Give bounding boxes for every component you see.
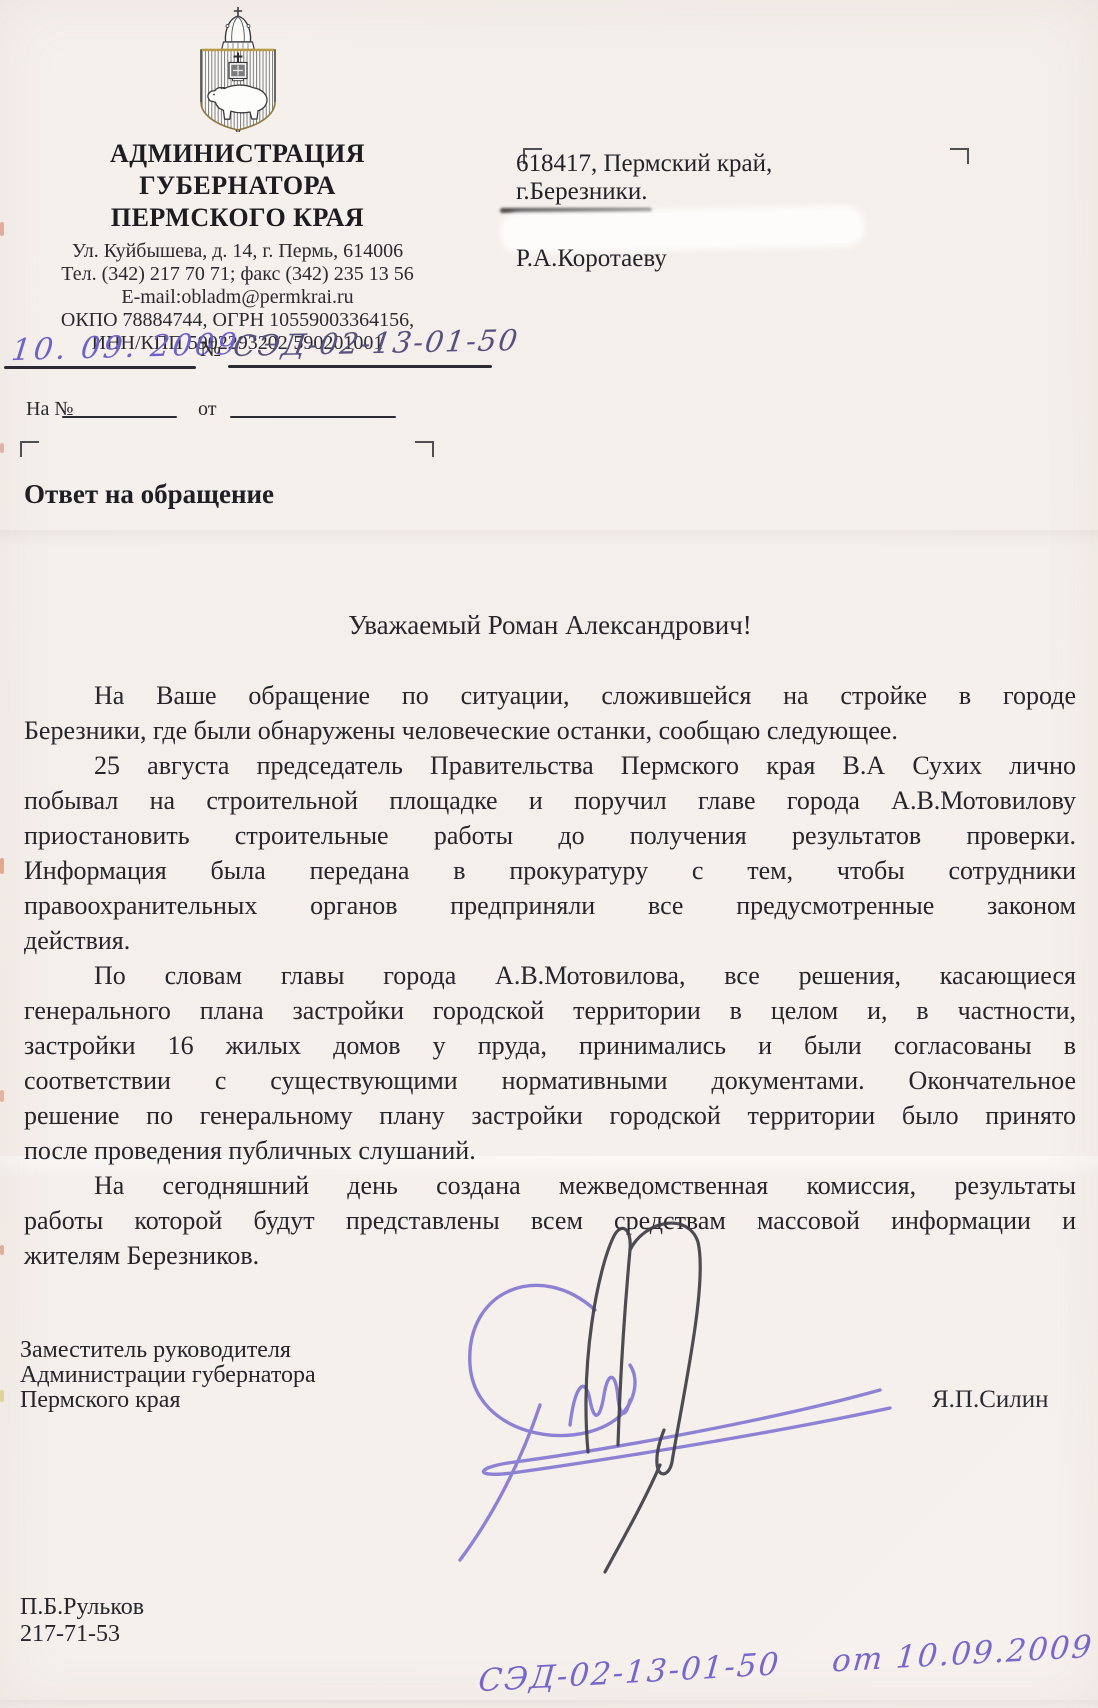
scan-artifact [0, 222, 4, 236]
in-reply-date-blank [230, 416, 396, 418]
body-line: соответствии с существующими нормативным… [24, 1063, 1076, 1098]
body-line: застройки 16 жилых домов у пруда, приним… [24, 1028, 1076, 1063]
in-reply-from-label: от [198, 398, 216, 421]
redaction-smudge [500, 208, 652, 213]
executor-phone: 217-71-53 [20, 1621, 144, 1648]
corner-mark-body-left [20, 441, 39, 457]
scan-artifact [0, 1090, 4, 1102]
org-phone-fax: Тел. (342) 217 70 71; факс (342) 235 13 … [10, 263, 465, 286]
date-underline [4, 366, 196, 369]
in-reply-number-blank [62, 416, 177, 418]
scanned-letter-page: АДМИНИСТРАЦИЯ ГУБЕРНАТОРА ПЕРМСКОГО КРАЯ… [0, 0, 1098, 1708]
registration-date: от 10.09.2009 [831, 1629, 1095, 1680]
body-line: побывал на строительной площадке и поруч… [24, 783, 1076, 818]
recipient-address-line2: г.Березники. [516, 178, 976, 206]
corner-mark-body-right [415, 441, 434, 457]
paper-crease [0, 530, 1098, 546]
recipient-address-line1: 618417, Пермский край, [516, 150, 976, 178]
paper-edge-shadow [0, 1700, 1098, 1708]
body-line: решение по генеральному плану застройки … [24, 1098, 1076, 1133]
scan-artifact [0, 1390, 4, 1402]
whiteout-redaction [505, 209, 861, 249]
letterhead-block: АДМИНИСТРАЦИЯ ГУБЕРНАТОРА ПЕРМСКОГО КРАЯ… [10, 138, 465, 355]
registration-number: СЭД-02-13-01-50 [477, 1646, 782, 1699]
body-line: На Ваше обращение по ситуации, сложившей… [24, 678, 1076, 713]
signer-name: Я.П.Силин [932, 1386, 1049, 1414]
scan-artifact [0, 443, 4, 453]
body-line: Информация была передана в прокуратуру с… [24, 853, 1076, 888]
handwritten-registration-note: СЭД-02-13-01-50от 10.09.2009 [477, 1629, 1095, 1700]
org-name-line1: АДМИНИСТРАЦИЯ ГУБЕРНАТОРА [10, 138, 465, 202]
org-name-line2: ПЕРМСКОГО КРАЯ [10, 202, 465, 234]
letter-subject: Ответ на обращение [24, 479, 274, 510]
body-line: генерального плана застройки городской т… [24, 993, 1076, 1028]
org-address: Ул. Куйбышева, д. 14, г. Пермь, 614006 [10, 240, 465, 263]
body-line: действия. [24, 923, 1076, 958]
handwritten-outgoing-number: СЭД-02-13-01-50 [231, 323, 521, 363]
signature-autograph [420, 1190, 960, 1580]
recipient-address: 618417, Пермский край, г.Березники. [516, 150, 976, 206]
body-line: приостановить строительные работы до пол… [24, 818, 1076, 853]
scan-artifact [0, 1245, 4, 1255]
body-line: По словам главы города А.В.Мотовилова, в… [24, 958, 1076, 993]
recipient-name: Р.А.Коротаеву [516, 245, 667, 273]
org-email: E-mail:obladm@permkrai.ru [10, 286, 465, 309]
body-line: правоохранительных органов предприняли в… [24, 888, 1076, 923]
body-line: Березники, где были обнаружены человечес… [24, 713, 1076, 748]
body-line: после проведения публичных слушаний. [24, 1133, 1076, 1168]
signer-position-line2: Администрации губернатора [20, 1363, 316, 1388]
perm-krai-emblem-icon [197, 6, 279, 132]
scan-artifact [0, 858, 4, 874]
signer-position-line1: Заместитель руководителя [20, 1338, 316, 1363]
executor-block: П.Б.Рульков 217-71-53 [20, 1594, 144, 1648]
executor-name: П.Б.Рульков [20, 1594, 144, 1621]
salutation: Уважаемый Роман Александрович! [24, 610, 1076, 641]
number-sign-label: № [200, 336, 221, 362]
body-line: 25 августа председатель Правительства Пе… [24, 748, 1076, 783]
number-underline [228, 365, 492, 368]
signer-position-line3: Пермского края [20, 1388, 316, 1413]
signer-position: Заместитель руководителя Администрации г… [20, 1338, 316, 1413]
